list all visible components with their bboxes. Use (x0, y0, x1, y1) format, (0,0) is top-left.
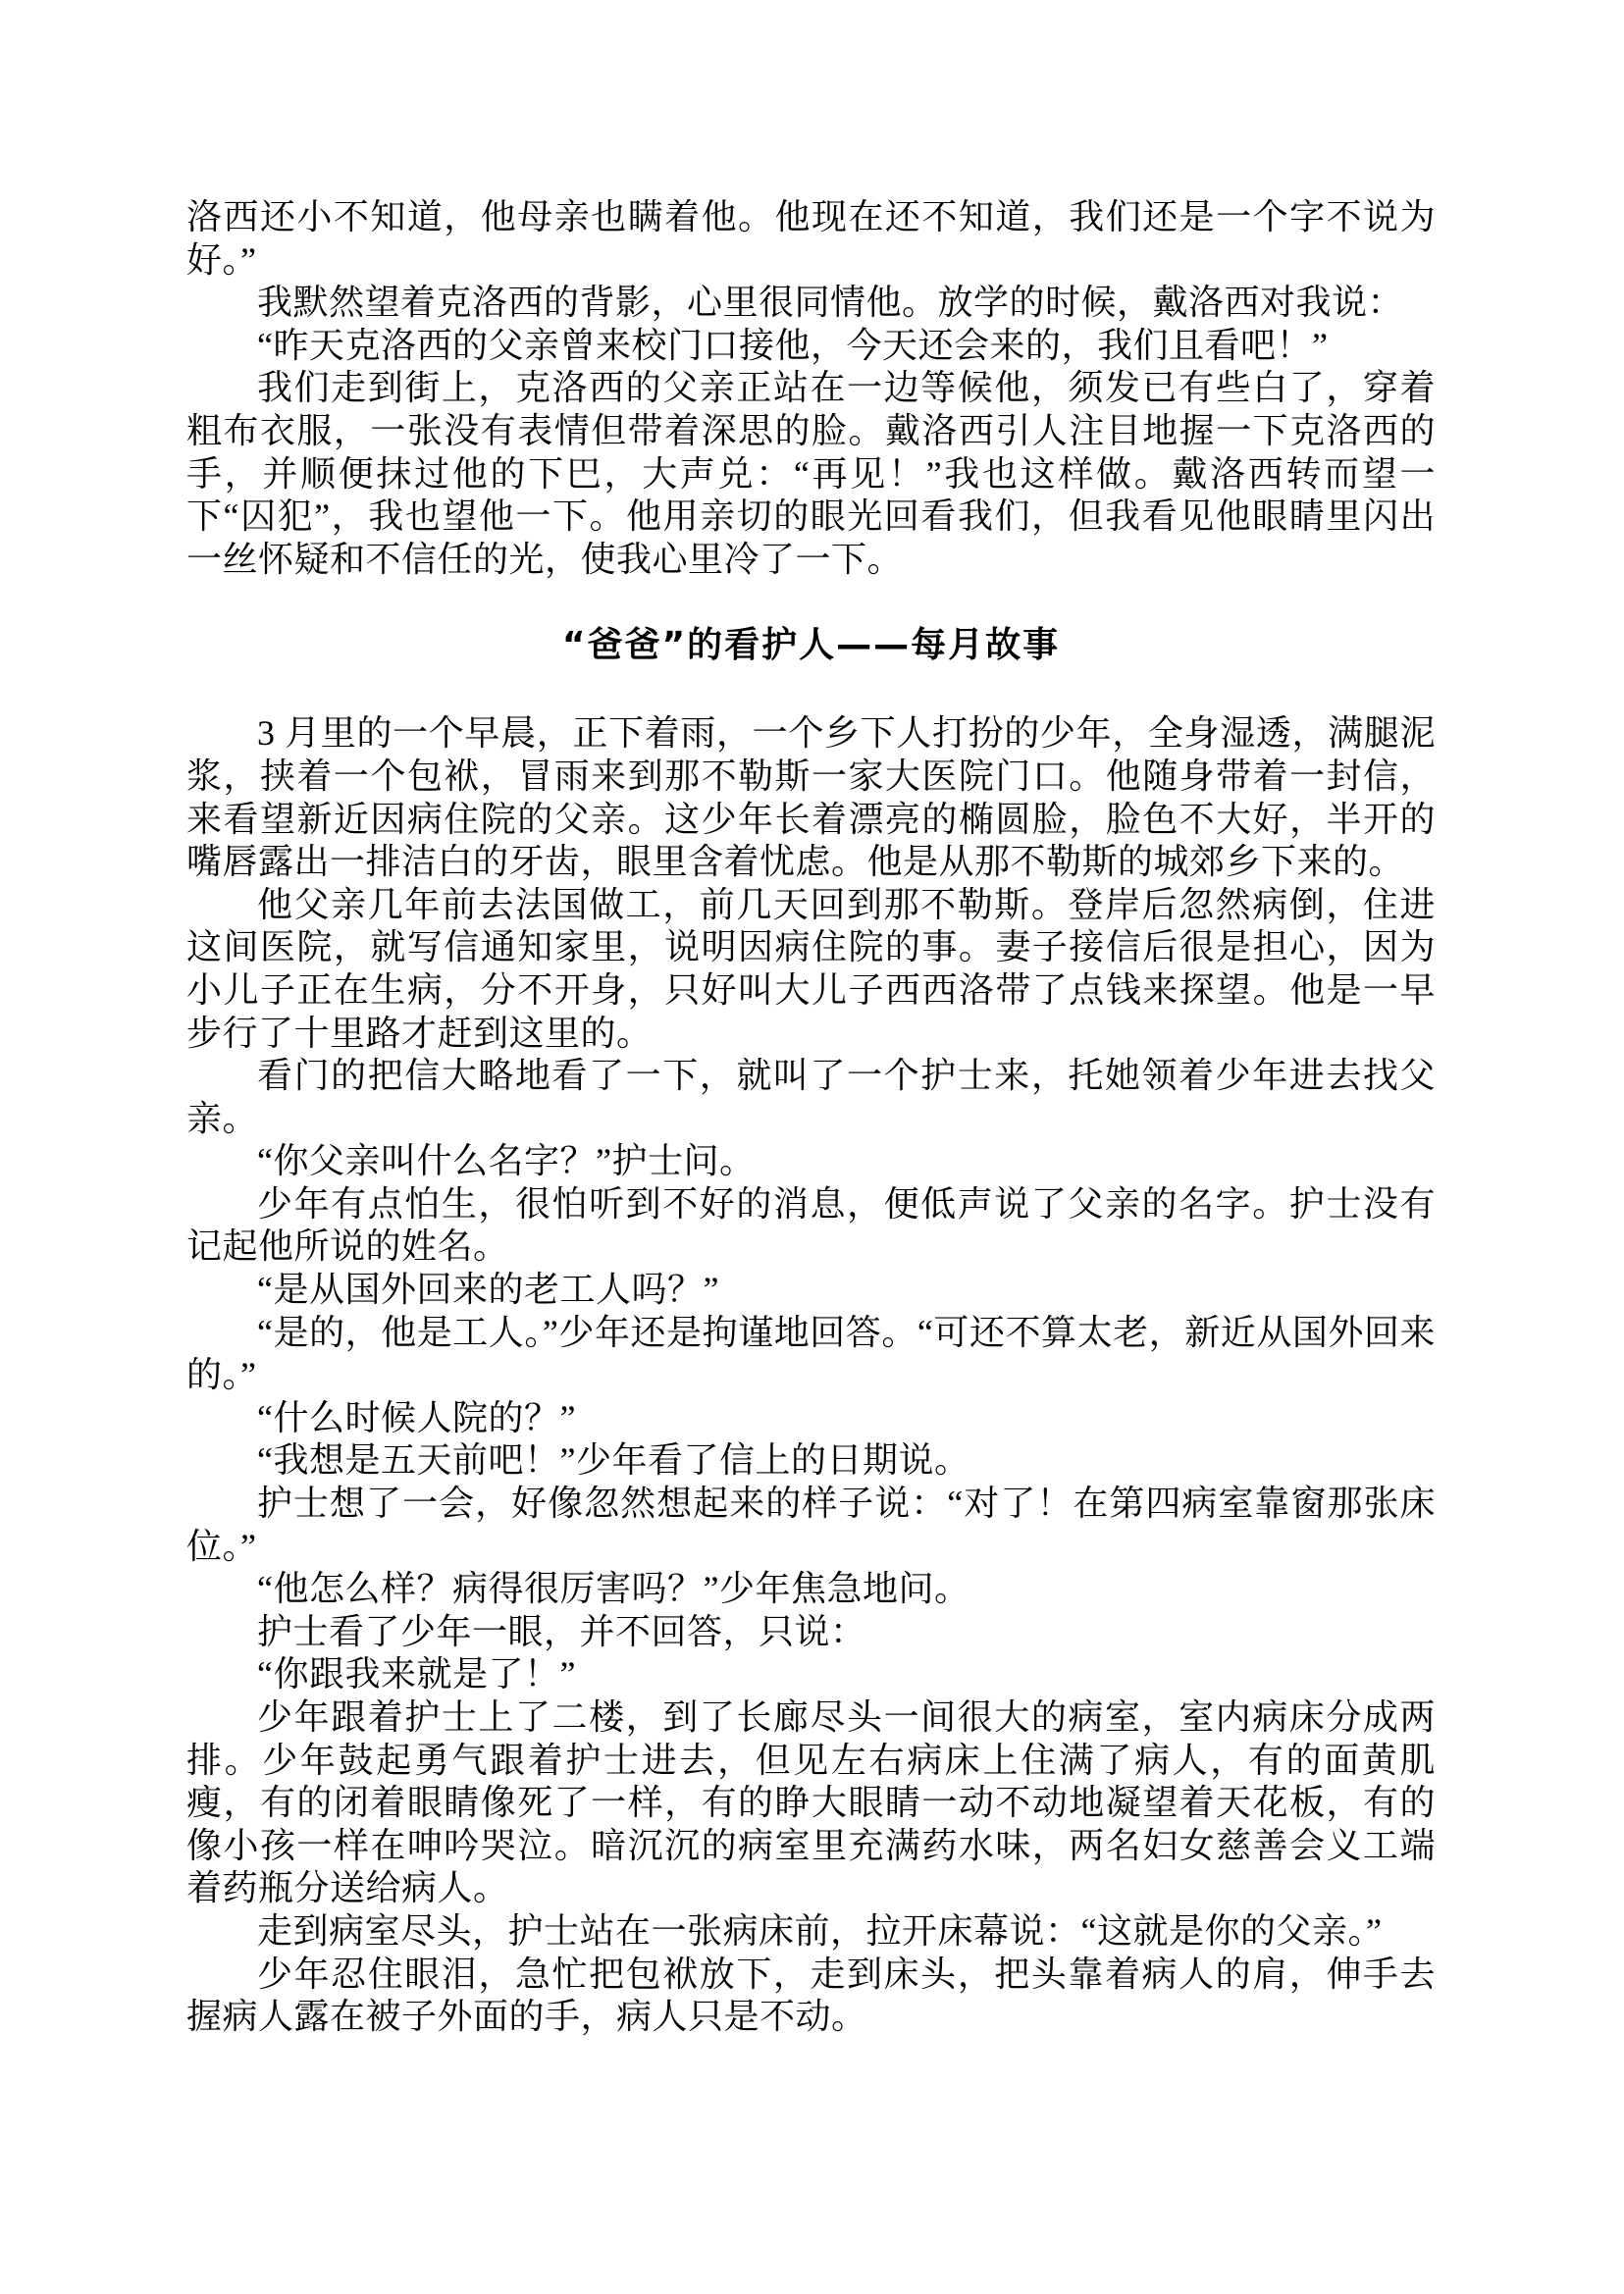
paragraph: 护士看了少年一眼，并不回答，只说： (186, 1611, 1436, 1654)
paragraph: “我想是五天前吧！”少年看了信上的日期说。 (186, 1439, 1436, 1483)
paragraph: 3 月里的一个早晨，正下着雨，一个乡下人打扮的少年，全身湿透，满腿泥浆，挟着一个… (186, 712, 1436, 883)
paragraph: “是的，他是工人。”少年还是拘谨地回答。“可还不算太老，新近从国外回来的。” (186, 1312, 1436, 1397)
story-text-section: 3 月里的一个早晨，正下着雨，一个乡下人打扮的少年，全身湿透，满腿泥浆，挟着一个… (186, 712, 1436, 2038)
paragraph: “什么时候人院的？” (186, 1397, 1436, 1440)
paragraph: 走到病室尽头，护士站在一张病床前，拉开床幕说：“这就是你的父亲。” (186, 1910, 1436, 1954)
paragraph: 少年有点怕生，很怕听到不好的消息，便低声说了父亲的名字。护士没有记起他所说的姓名… (186, 1183, 1436, 1269)
paragraph: 少年跟着护士上了二楼，到了长廊尽头一间很大的病室，室内病床分成两排。少年鼓起勇气… (186, 1696, 1436, 1910)
paragraph: 他父亲几年前去法国做工，前几天回到那不勒斯。登岸后忽然病倒，住进这间医院，就写信… (186, 884, 1436, 1055)
paragraph: 看门的把信大略地看了一下，就叫了一个护士来，托她领着少年进去找父亲。 (186, 1055, 1436, 1140)
paragraph: 护士想了一会，好像忽然想起来的样子说：“对了！在第四病室靠窗那张床位。” (186, 1483, 1436, 1568)
leading-text-section: 洛西还小不知道，他母亲也瞒着他。他现在还不知道，我们还是一个字不说为好。”我默然… (186, 196, 1436, 581)
document-page: 洛西还小不知道，他母亲也瞒着他。他现在还不知道，我们还是一个字不说为好。”我默然… (0, 0, 1624, 2294)
paragraph: “他怎么样？病得很厉害吗？”少年焦急地问。 (186, 1568, 1436, 1611)
paragraph: “昨天克洛西的父亲曾来校门口接他，今天还会来的，我们且看吧！” (186, 325, 1436, 368)
paragraph: 我默然望着克洛西的背影，心里很同情他。放学的时候，戴洛西对我说： (186, 282, 1436, 325)
paragraph: “你跟我来就是了！” (186, 1653, 1436, 1696)
page-content: 洛西还小不知道，他母亲也瞒着他。他现在还不知道，我们还是一个字不说为好。”我默然… (186, 196, 1436, 2039)
chapter-heading: “爸爸”的看护人——每月故事 (186, 624, 1436, 667)
paragraph: “你父亲叫什么名字？”护士问。 (186, 1140, 1436, 1183)
paragraph: “是从国外回来的老工人吗？” (186, 1269, 1436, 1312)
paragraph: 少年忍住眼泪，急忙把包袱放下，走到床头，把头靠着病人的肩，伸手去握病人露在被子外… (186, 1954, 1436, 2039)
paragraph: 我们走到街上，克洛西的父亲正站在一边等候他，须发已有些白了，穿着粗布衣服，一张没… (186, 367, 1436, 581)
paragraph: 洛西还小不知道，他母亲也瞒着他。他现在还不知道，我们还是一个字不说为好。” (186, 196, 1436, 282)
